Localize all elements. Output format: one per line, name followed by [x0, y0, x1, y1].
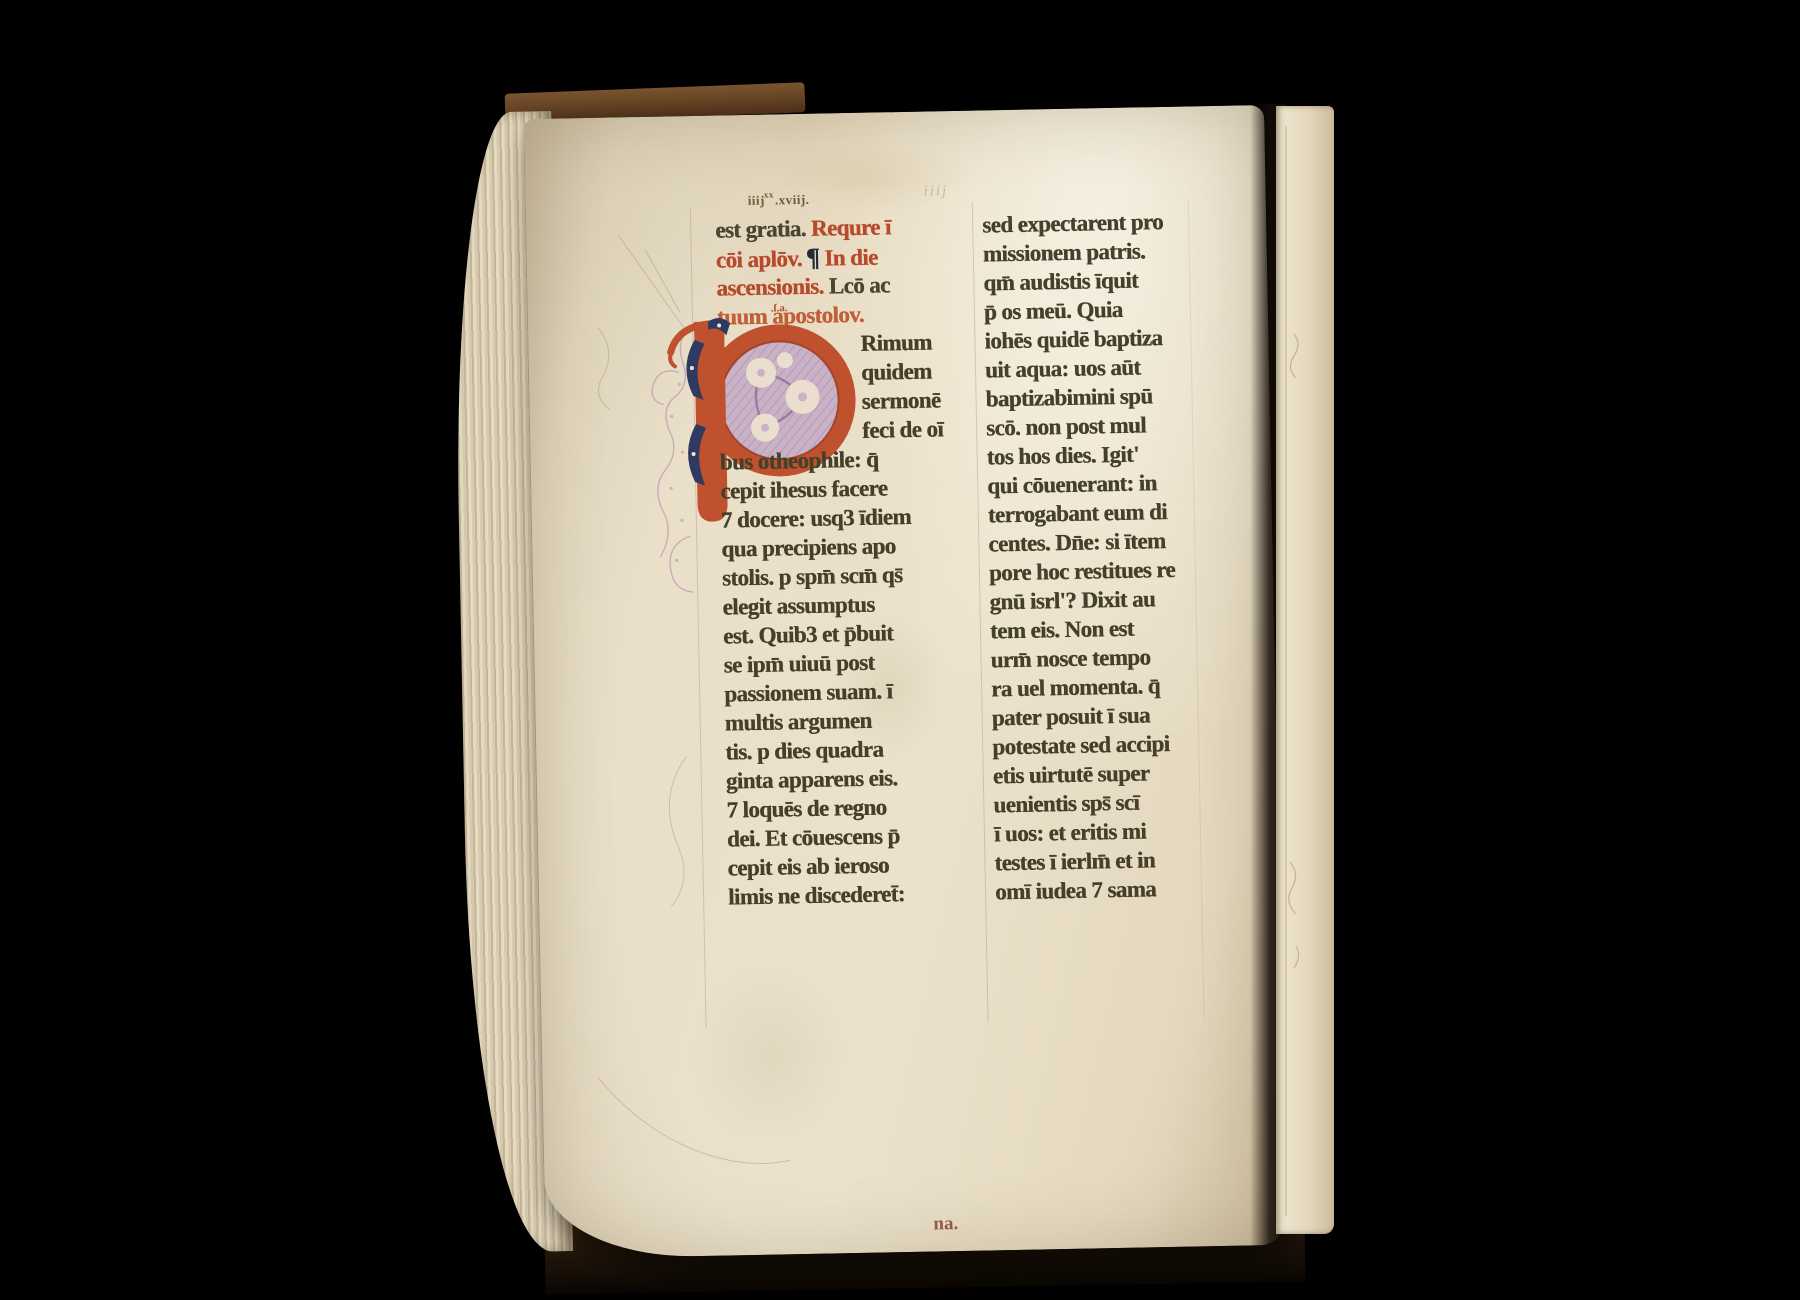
right-column-text: sed expectarent promissionem patris.qm̄ …: [982, 207, 1181, 906]
text-line: multis argumen: [724, 705, 915, 738]
text-line: tem eis. Non est: [990, 613, 1177, 646]
text-line: urm̄ nosce tempo: [990, 642, 1177, 675]
text-line: ī uos: et eritis mi: [994, 816, 1181, 849]
left-column-text: bus otheophile: q̄cepit ihesus facere7 d…: [719, 444, 918, 912]
folio-number-superscript: xx: [764, 189, 774, 199]
text-line: cepit eis ab ieroso: [727, 850, 918, 883]
text-line: baptizabimini spū: [985, 381, 1172, 414]
text-line: sermonē: [861, 385, 942, 416]
facing-page-edge: [1276, 106, 1334, 1234]
paraph-mark: ¶: [802, 242, 825, 271]
text-line: qua precipiens apo: [721, 531, 912, 564]
text-line: pater posuit ī sua: [991, 700, 1178, 733]
folio-number: iiijxx.xviij.: [748, 192, 810, 209]
rubric-segment: Requre ī: [811, 214, 891, 241]
rubric-segment: cōi aplōv.: [716, 246, 802, 273]
text-line: uit aqua: uos aūt: [985, 352, 1172, 385]
text-line: pore hoc restitues re: [989, 555, 1176, 588]
text-line: passionem suam. ī: [724, 676, 915, 709]
text-line: cōi aplōv.¶In die: [716, 241, 892, 273]
text-line: bus otheophile: q̄: [719, 444, 910, 477]
faint-quire-mark: iiij: [923, 183, 948, 200]
text-line: potestate sed accipi: [992, 729, 1179, 762]
text-line: centes. Dn̄e: si ītem: [988, 526, 1175, 559]
text-line: qm̄ audistis īquit: [983, 265, 1170, 298]
text-line: tis. p dies quadra: [725, 734, 916, 767]
text-line: dei. Et cōuescens p̄: [727, 821, 918, 854]
ruling-line: [1188, 198, 1205, 1018]
text-line: missionem patris.: [983, 236, 1170, 269]
text-line: iohēs quidē baptiza: [984, 323, 1171, 356]
text-line: est. Quib3 et p̄buit: [723, 618, 914, 651]
folio-number-base: iiij: [748, 193, 765, 208]
manuscript-page: iiijxx.xviij. iiij est gratia. Requre īc…: [524, 105, 1286, 1259]
text-line: scō. non post mul: [986, 410, 1173, 443]
text-line: sed expectarent pro: [982, 207, 1169, 240]
rubric-segment: Lcō ac: [828, 272, 889, 298]
rubric-segment: ascensionis.: [716, 273, 829, 300]
text-line: quidem: [861, 356, 942, 387]
catchword: na.: [933, 1213, 958, 1235]
text-line: feci de oī: [862, 414, 943, 445]
text-line: ra uel momenta. q̄: [991, 671, 1178, 704]
text-line: limis ne discederet̄:: [728, 879, 919, 912]
text-line: cepit ihesus facere: [720, 473, 911, 506]
text-line: est gratia. Requre ī: [715, 212, 891, 244]
text-line: 7 docere: usq3 īdiem: [721, 502, 912, 535]
text-line: qui cōuenerant: in: [987, 468, 1174, 501]
text-line: elegit assumptus: [722, 589, 913, 622]
rubric-segment: In die: [824, 244, 878, 270]
rubric-segment: est gratia.: [715, 216, 811, 243]
text-line: tos hos dies. Igit': [986, 439, 1173, 472]
manuscript-photo: iiijxx.xviij. iiij est gratia. Requre īc…: [0, 0, 1800, 1300]
text-line: se ipm̄ uiuū post: [723, 647, 914, 680]
parchment-stain: [690, 963, 853, 1146]
text-line: ginta apparens eis.: [726, 763, 917, 796]
text-line: etis uirtutē super: [993, 758, 1180, 791]
text-line: gnū isrl'? Dixit au: [989, 584, 1176, 617]
text-line: omī iudea 7 sama: [995, 874, 1182, 907]
text-line: terrogabant eum di: [988, 497, 1175, 530]
text-line: testes ī ierlm̄ et in: [994, 845, 1181, 878]
text-line: p̄ os meū. Quia: [984, 294, 1171, 327]
folio-number-rest: .xviij.: [775, 192, 810, 208]
text-line: uenientis sps̄ scī: [993, 787, 1180, 820]
text-line: stolis. p spm̄ scm̄ qs̄: [722, 560, 913, 593]
text-line: Rimum: [860, 327, 941, 358]
text-line: ascensionis. Lcō ac: [716, 270, 892, 302]
text-line: 7 loquēs de regno: [726, 792, 917, 825]
left-column-indented-lines: Rimumquidemsermonēfeci de oī: [860, 327, 943, 445]
facing-page-ghost-marks: [1276, 106, 1334, 1234]
